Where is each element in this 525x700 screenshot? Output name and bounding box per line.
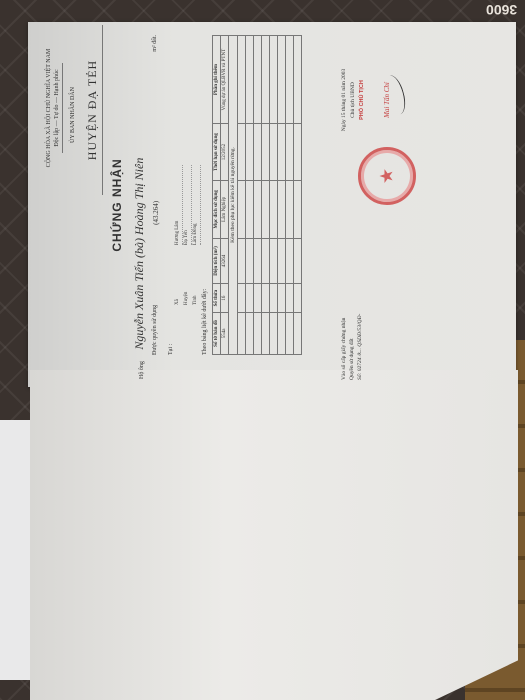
area-label: Được quyền sử dụng [152,305,160,355]
land-parcel-table: Số tờ bản đồ Số thửa Diện tích (m²) Mục … [212,35,302,355]
table-empty-row [278,36,286,355]
area-unit: m² đất. [152,35,160,52]
table-empty-row [254,36,262,355]
area-value: (43.264) [152,201,160,225]
table-empty-row [262,36,270,355]
location-province: Tỉnh Lâm Đồng [192,75,201,355]
table-empty-row [286,36,294,355]
signature-block: Ngày 15 tháng 01 năm 2003 Chủ tịch UBND … [340,35,392,165]
table-empty-row [238,36,246,355]
area-row: Được quyền sử dụng (43.264) m² đất. [152,35,160,355]
holder-label: Hộ ông [139,361,145,379]
col-purpose: Mục đích sử dụng [213,180,221,238]
country-name: CỘNG HÒA XÃ HỘI CHỦ NGHĨA VIỆT NAM [45,33,53,183]
certificate-lower-page [30,370,518,700]
location-block: Tại : Xã Hương Lâm Huyện Đạ Tẻh Tỉnh Lâm… [168,75,201,355]
table-empty-row [270,36,278,355]
table-row: 554a 16 43264 Lâm Nghiệp 12/2052 Vùng dự… [221,36,229,355]
registry-number: Số: 02724 /k... QSDĐ/53/QĐ- [356,220,364,380]
col-term: Thời hạn sử dụng [213,124,221,181]
seal-star-icon: ★ [377,168,398,184]
issuing-agency: ỦY BAN NHÂN DÂN [70,45,76,185]
signer-title: Chủ tịch UBND [349,35,358,165]
background-print-text: 3600 [486,2,517,18]
document-title: CHỨNG NHẬN [110,25,124,385]
holder-name: Nguyễn Xuân Tiến (bà) Hoàng Thị Niên [132,158,146,350]
header-underline [62,63,63,153]
col-notes: Phần ghi thêm [213,36,221,124]
table-empty-row [294,36,302,355]
location-commune: Xã Hương Lâm [174,75,183,355]
col-area: Diện tích (m²) [213,238,221,284]
table-caption: Theo bảng liệt kê dưới đây: [202,289,208,355]
col-parcel-no: Số thửa [213,284,221,312]
table-header-row: Số tờ bản đồ Số thửa Diện tích (m²) Mục … [213,36,221,355]
registry-note: Vào sổ cấp giấy chứng nhận Quyền sử dụng… [340,220,364,380]
national-header: CỘNG HÒA XÃ HỘI CHỦ NGHĨA VIỆT NAM Độc l… [45,33,63,183]
col-map-sheet: Số tờ bản đồ [213,312,221,354]
issue-date: Ngày 15 tháng 01 năm 2003 [340,35,349,165]
national-motto: Độc lập — Tự do — Hạnh phúc [53,33,61,183]
table-footnote-row: Kèm theo phụ lục kiểm kê tài nguyên rừng… [229,36,238,355]
table-footnote: Kèm theo phụ lục kiểm kê tài nguyên rừng… [229,36,238,355]
table-empty-row [246,36,254,355]
location-district: Huyện Đạ Tẻh [183,75,192,355]
district-name: HUYỆN ĐẠ TẺH [85,25,103,195]
signer-role: PHÓ CHỦ TỊCH [358,35,367,165]
certificate-content: CỘNG HÒA XÃ HỘI CHỦ NGHĨA VIỆT NAM Độc l… [40,25,510,385]
holder-row: Hộ ông Nguyễn Xuân Tiến (bà) Hoàng Thị N… [132,29,147,379]
